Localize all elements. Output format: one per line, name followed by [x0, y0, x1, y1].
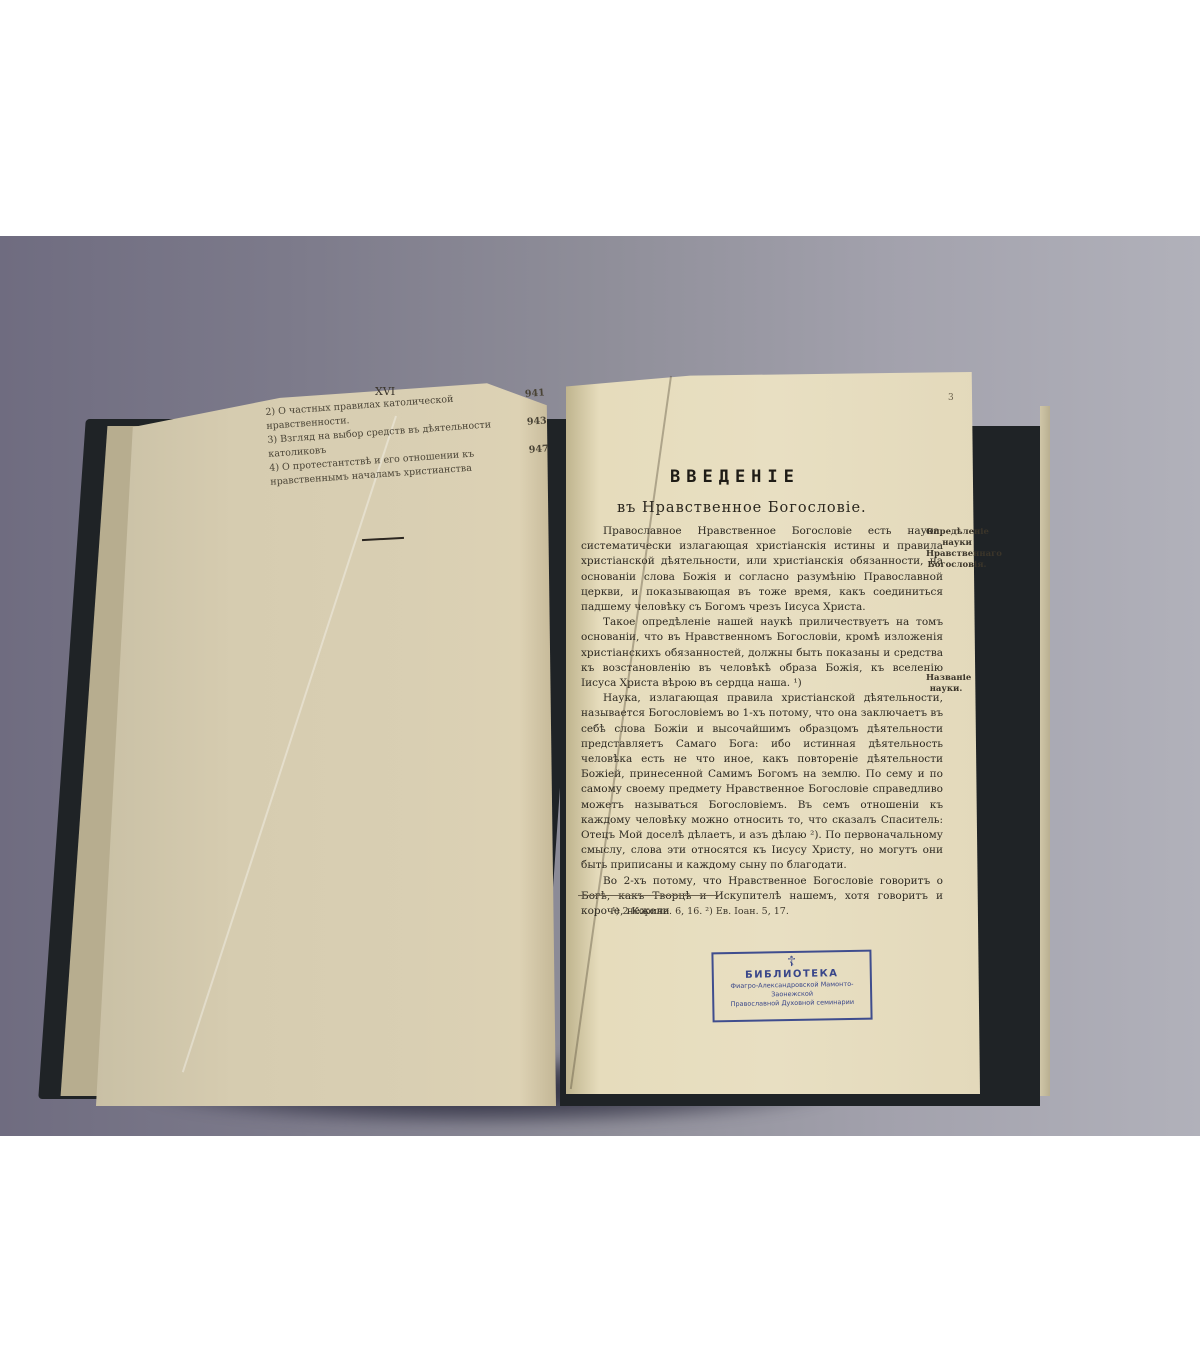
paragraph: Наука, излагающая правила христіанской д…	[581, 691, 943, 873]
book-photo: XVI 2) О частных правилах католической н…	[0, 236, 1200, 1136]
page-block-edge	[1040, 406, 1050, 1096]
paragraph: Такое опредѣленіе нашей наукѣ приличеств…	[581, 615, 943, 691]
toc-entry-page: 947	[528, 442, 550, 471]
body-text: Православное Нравственное Богословіе ест…	[581, 524, 943, 919]
margin-note: Опредѣленіе науки Нравственнаго Богослов…	[926, 527, 988, 571]
paragraph: Православное Нравственное Богословіе ест…	[581, 524, 943, 615]
library-stamp: ☦ БИБЛИОТЕКА Фиагро-Александровской Мамо…	[711, 950, 872, 1023]
chapter-title: ВВЕДЕНІЕ	[670, 470, 800, 485]
right-page-number: 3	[948, 393, 954, 403]
stamp-line: Православной Духовной семинарии	[714, 998, 870, 1010]
toc-entry-page: 941	[525, 386, 547, 415]
margin-note: Названіе науки.	[926, 673, 966, 695]
toc-entry-page: 943	[526, 414, 548, 443]
footnote: ¹) 2 Корине. 6, 16. ²) Ев. Іоан. 5, 17.	[612, 904, 789, 919]
chapter-subtitle: въ Нравственное Богословіе.	[617, 501, 867, 516]
footnote-rule	[578, 895, 718, 896]
